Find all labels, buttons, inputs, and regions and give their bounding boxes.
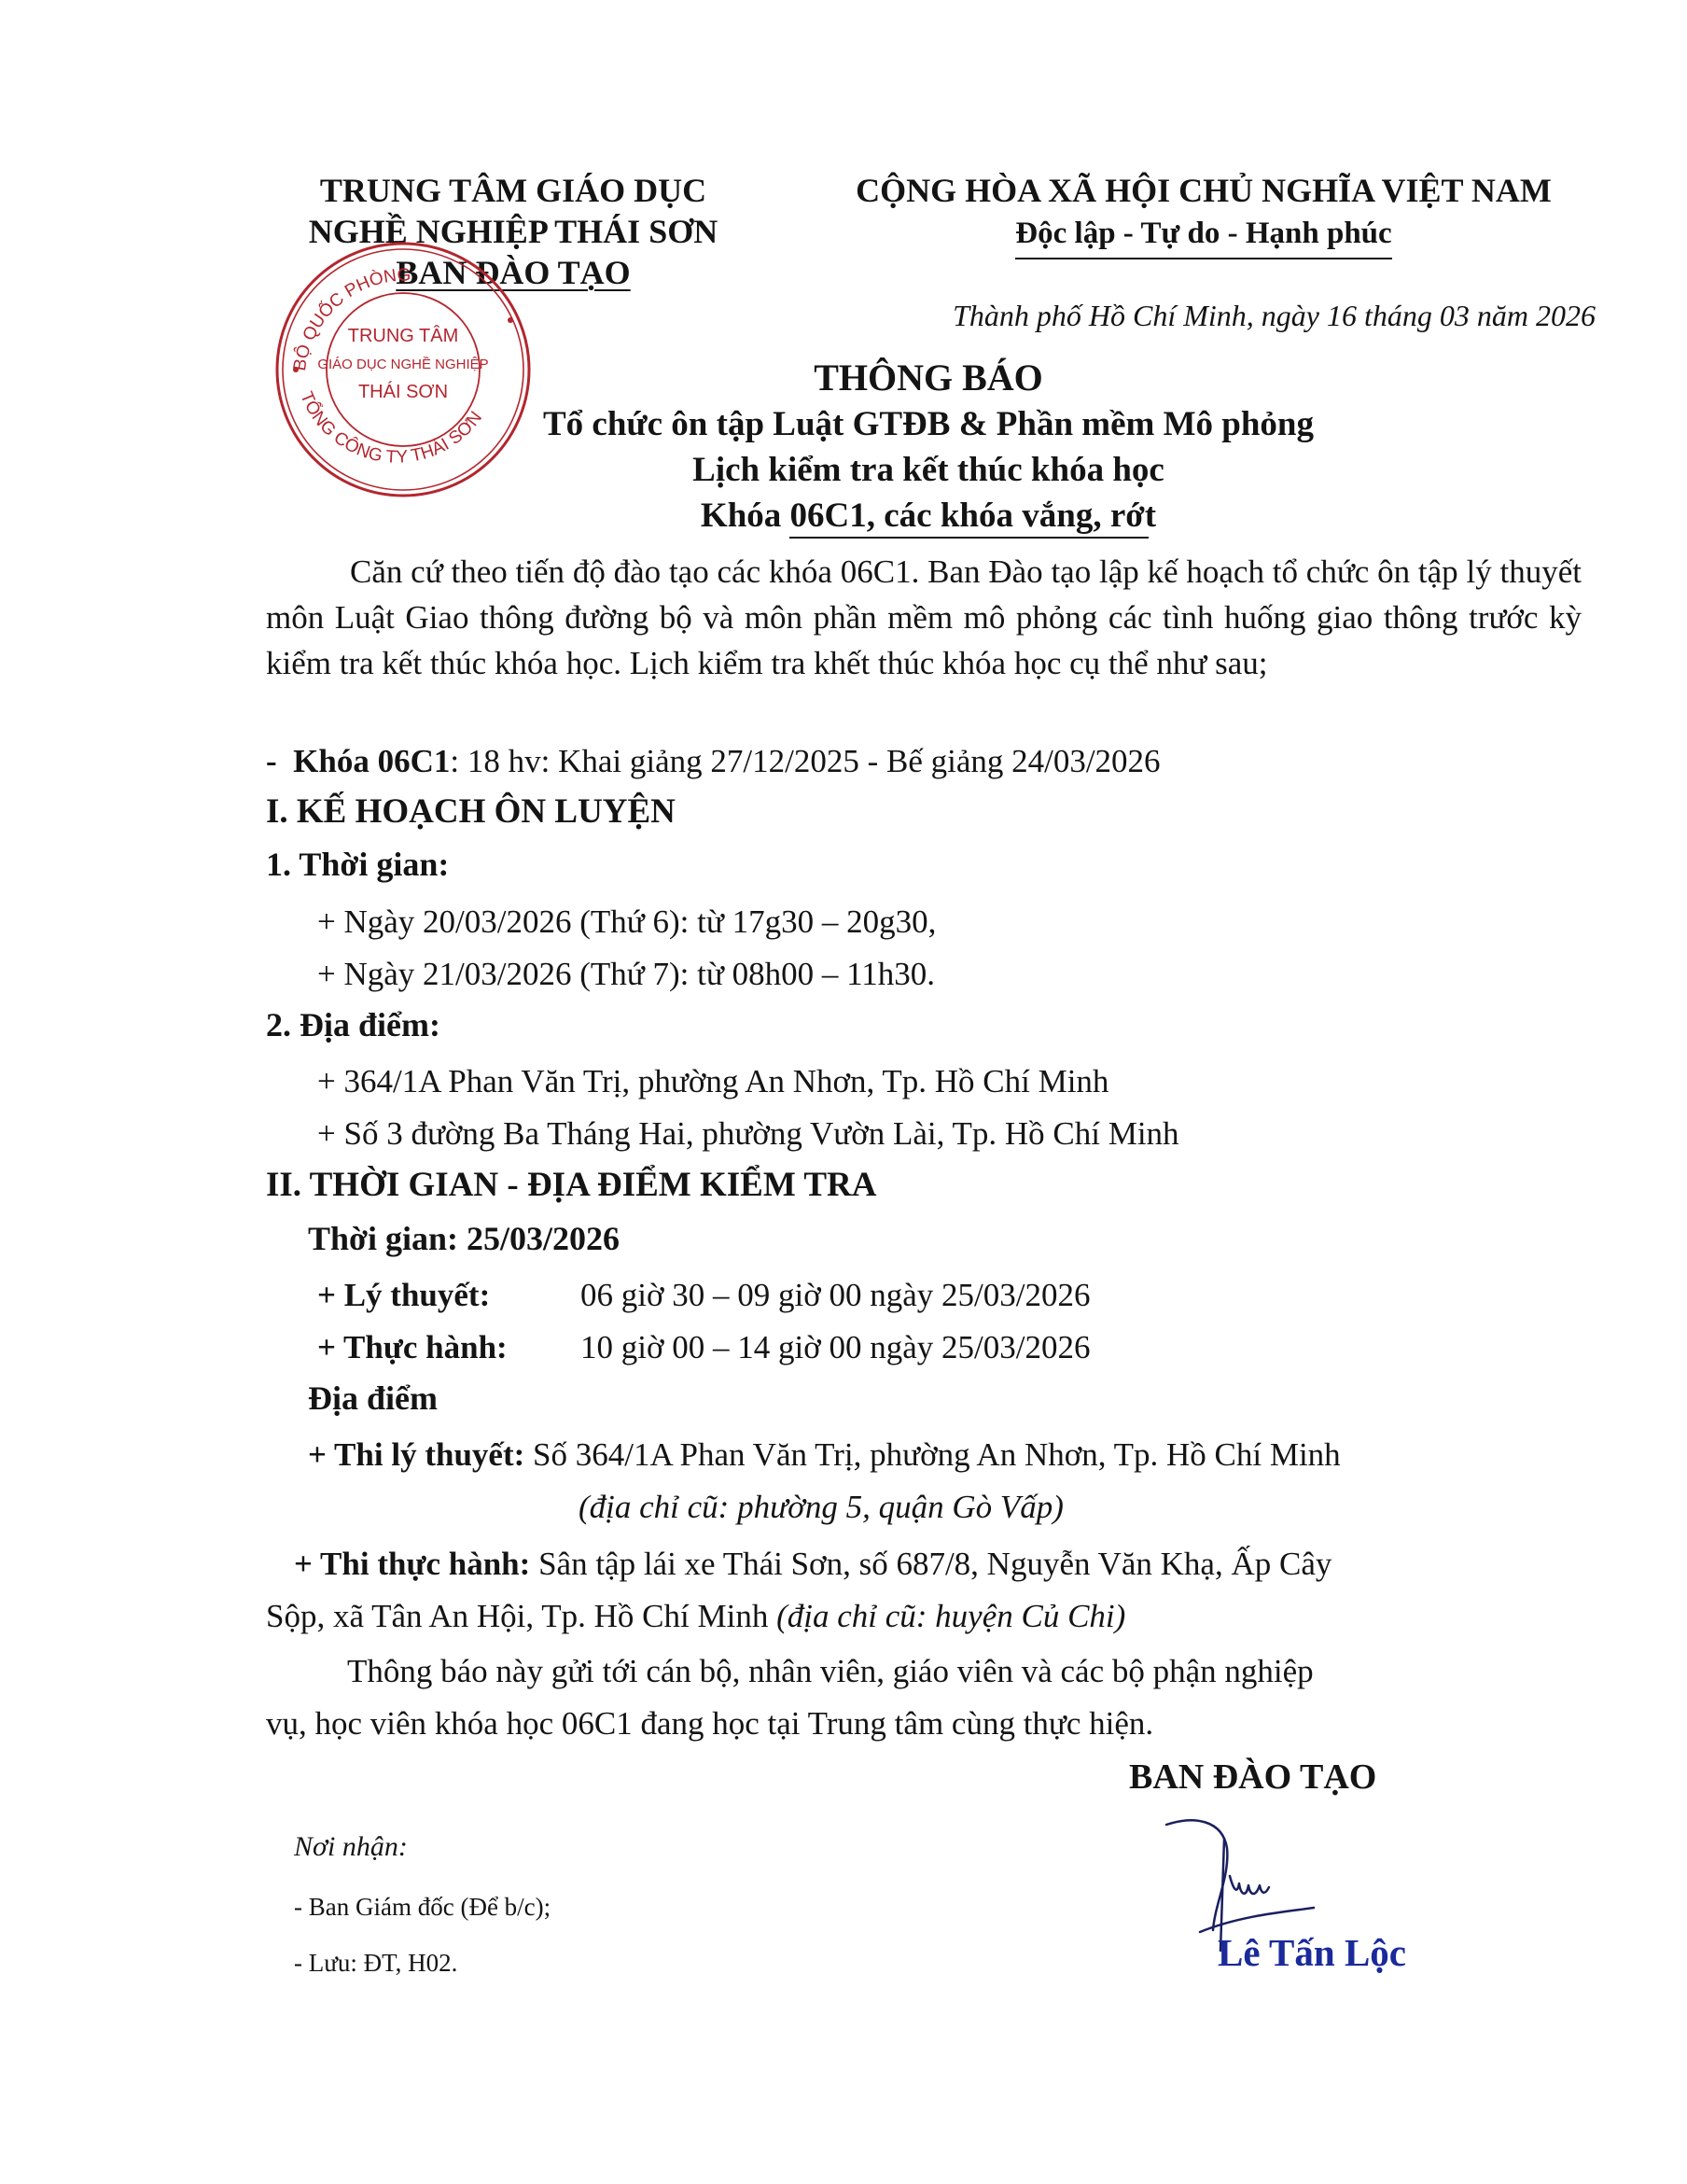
department-name: BAN ĐÀO TẠO [396, 252, 630, 293]
practice-exam-old-address: (địa chỉ cũ: huyện Củ Chi) [776, 1598, 1125, 1634]
national-motto: Độc lập - Tự do - Hạnh phúc [1015, 213, 1391, 259]
closing-line-1: Thông báo này gửi tới cán bộ, nhân viên,… [347, 1648, 1314, 1694]
course-dash: - [266, 743, 277, 779]
place-date: Thành phố Hồ Chí Minh, ngày 16 tháng 03 … [953, 299, 1596, 333]
practice-exam-address-1: Sân tập lái xe Thái Sơn, số 687/8, Nguyễ… [530, 1546, 1331, 1582]
nation-name: CỘNG HÒA XÃ HỘI CHỦ NGHĨA VIỆT NAM [802, 170, 1605, 211]
section1-place-heading: 2. Địa điểm: [266, 1005, 440, 1044]
notice-subtitle-2: Lịch kiểm tra kết thúc khóa học [448, 447, 1409, 493]
notice-subtitle-1: Tổ chức ôn tập Luật GTĐB & Phần mềm Mô p… [448, 401, 1409, 447]
course-info: - Khóa 06C1: 18 hv: Khai giảng 27/12/202… [266, 743, 1161, 780]
course-label: Khóa 06C1 [293, 743, 450, 779]
theory-exam-address: Số 364/1A Phan Văn Trị, phường An Nhơn, … [524, 1436, 1340, 1473]
exam-date: Thời gian: 25/03/2026 [308, 1219, 620, 1258]
notice-subtitle-3: Khóa 06C1, các khóa vắng, rớt [701, 493, 1156, 539]
closing-line-2: vụ, học viên khóa học 06C1 đang học tại … [266, 1701, 1153, 1746]
practice-time-1: + Ngày 20/03/2026 (Thứ 6): từ 17g30 – 20… [317, 899, 936, 945]
section2-heading: II. THỜI GIAN - ĐỊA ĐIỂM KIỂM TRA [266, 1165, 876, 1205]
recipients-heading: Nơi nhận: [294, 1831, 408, 1863]
section1-time-heading: 1. Thời gian: [266, 845, 449, 884]
intro-paragraph: Căn cứ theo tiến độ đào tạo các khóa 06C… [266, 549, 1582, 686]
exam-place-heading: Địa điểm [308, 1379, 438, 1418]
national-header: CỘNG HÒA XÃ HỘI CHỦ NGHĨA VIỆT NAM Độc l… [802, 170, 1605, 259]
notice-heading: THÔNG BÁO [448, 355, 1409, 401]
recipient-item: - Lưu: ĐT, H02. [294, 1949, 457, 1978]
practice-exam-label: + Thi thực hành: [294, 1546, 530, 1582]
stamp-center-line1: TRUNG TÂM [348, 325, 459, 346]
practice-time-2: + Ngày 21/03/2026 (Thứ 7): từ 08h00 – 11… [317, 951, 935, 997]
notice-title-block: THÔNG BÁO Tổ chức ôn tập Luật GTĐB & Phầ… [448, 355, 1409, 539]
theory-label: + Lý thuyết: [317, 1272, 580, 1318]
practice-time: 10 giờ 00 – 14 giờ 00 ngày 25/03/2026 [580, 1329, 1090, 1365]
practice-place-2: + Số 3 đường Ba Tháng Hai, phường Vườn L… [317, 1111, 1179, 1156]
stamp-center-line3: THÁI SƠN [358, 381, 448, 402]
theory-time: 06 giờ 30 – 09 giờ 00 ngày 25/03/2026 [580, 1277, 1090, 1313]
org-name-line1: TRUNG TÂM GIÁO DỤC [261, 170, 765, 211]
organization-header: TRUNG TÂM GIÁO DỤC NGHỀ NGHIỆP THÁI SƠN … [261, 170, 765, 293]
practice-label: + Thực hành: [317, 1324, 580, 1370]
signature-department: BAN ĐÀO TẠO [1129, 1757, 1376, 1798]
org-name-line2: NGHỀ NGHIỆP THÁI SƠN [261, 211, 765, 252]
practice-place-1: + 364/1A Phan Văn Trị, phường An Nhơn, T… [317, 1058, 1108, 1104]
course-detail: : 18 hv: Khai giảng 27/12/2025 - Bế giản… [450, 743, 1160, 779]
theory-exam-label: + Thi lý thuyết: [308, 1436, 524, 1473]
section1-heading: I. KẾ HOẠCH ÔN LUYỆN [266, 791, 676, 832]
recipient-item: - Ban Giám đốc (Để b/c); [294, 1893, 551, 1922]
signer-name: Lê Tấn Lộc [1218, 1930, 1406, 1975]
theory-exam-old-address: (địa chỉ cũ: phường 5, quận Gò Vấp) [579, 1484, 1064, 1530]
practice-exam-address-2: Sộp, xã Tân An Hội, Tp. Hồ Chí Minh [266, 1598, 776, 1634]
